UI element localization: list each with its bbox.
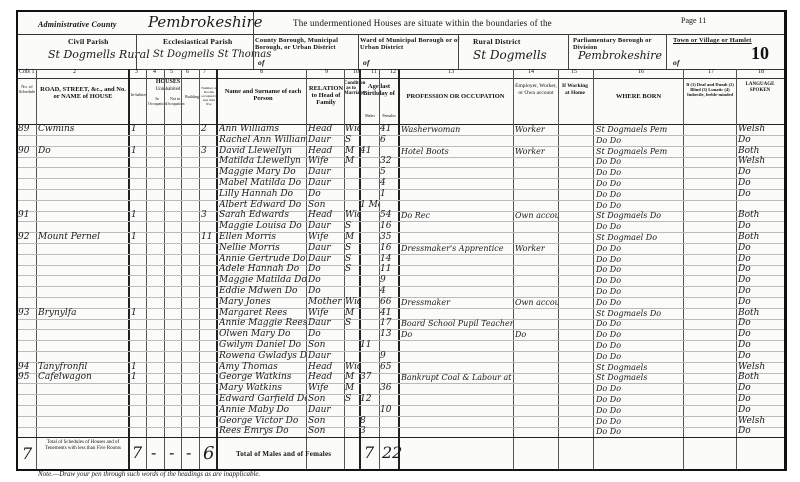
relation-cell: Head [308, 146, 344, 157]
rural-district-label: Rural District [473, 37, 521, 46]
name-cell: Adele Hannah Do [219, 264, 306, 275]
male-age-cell [360, 286, 379, 297]
name-cell: Eddie Mdwen Do [219, 286, 306, 297]
where-born-cell: St Dogmaels Do [596, 308, 683, 319]
rooms-cell [201, 243, 215, 254]
where-born-cell: St Dogmaels Pem [596, 146, 683, 157]
town-of: of [673, 58, 680, 67]
rooms-cell [201, 264, 215, 275]
employer-cell [515, 275, 558, 286]
inhabited-cell [131, 275, 145, 286]
language-cell: Do [738, 221, 782, 232]
occupation-cell [401, 416, 513, 427]
employer-cell [515, 200, 558, 211]
occupation-cell [401, 405, 513, 416]
schedule-cell [18, 383, 36, 394]
female-age-cell [380, 340, 398, 351]
name-cell: Margaret Rees [219, 308, 306, 319]
employer-cell [515, 308, 558, 319]
males-header: Males [361, 112, 379, 119]
relation-cell: Daur [308, 405, 344, 416]
page-label: Page 11 [681, 16, 706, 25]
relation-cell: Wife [308, 308, 344, 319]
name-cell: George Watkins [219, 372, 306, 383]
rooms-cell [201, 189, 215, 200]
name-cell: Annie Maggie Rees [219, 318, 306, 329]
total-schedules-label: Total of Schedules of Houses and of Tene… [40, 440, 126, 452]
name-cell: Mary Jones [219, 297, 306, 308]
relation-cell: Son [308, 416, 344, 427]
name-cell: Rees Emrys Do [219, 426, 306, 437]
census-sheet: Administrative County Pembrokeshire The … [16, 10, 787, 471]
language-cell: Do [738, 394, 782, 405]
male-age-cell [360, 264, 379, 275]
relation-cell: Head [308, 372, 344, 383]
employer-cell [515, 372, 558, 383]
where-born-cell: Do Do [596, 189, 683, 200]
male-age-cell [360, 308, 379, 319]
female-age-cell: 14 [380, 254, 398, 265]
road-cell [38, 426, 128, 437]
condition-cell: S [345, 221, 359, 232]
female-age-cell: 6 [380, 135, 398, 146]
condition-header: Condition as to Marriage [344, 81, 358, 96]
inhabited-cell: 1 [131, 372, 145, 383]
col-num: 8 [260, 69, 263, 75]
rooms-cell [201, 308, 215, 319]
condition-cell: S [345, 135, 359, 146]
schedule-cell: 90 [18, 146, 36, 157]
relation-cell: Son [308, 200, 344, 211]
road-cell [38, 135, 128, 146]
occupation-cell [401, 351, 513, 362]
col-num: 3 [135, 69, 138, 75]
where-born-cell: Do Do [596, 318, 683, 329]
where-born-cell: Do Do [596, 405, 683, 416]
ward-of: of [363, 58, 370, 67]
rooms-cell [201, 340, 215, 351]
female-age-cell: 32 [380, 156, 398, 167]
language-header: LANGUAGE SPOKEN [738, 82, 782, 94]
total-males: 7 [364, 443, 374, 462]
where-born-cell: Do Do [596, 254, 683, 265]
occupation-cell: Dressmaker's Apprentice [401, 243, 513, 254]
rooms-cell [201, 135, 215, 146]
road-cell [38, 340, 128, 351]
employer-cell [515, 416, 558, 427]
schedule-cell [18, 264, 36, 275]
rooms-cell [201, 297, 215, 308]
female-age-cell: 36 [380, 383, 398, 394]
occupation-cell [401, 156, 513, 167]
occupation-cell: Do Rec [401, 210, 513, 221]
language-cell: Do [738, 426, 782, 437]
occupation-cell [401, 308, 513, 319]
inhabited-cell [131, 394, 145, 405]
rooms-cell [201, 394, 215, 405]
total-rooms: 6 [203, 443, 214, 464]
rooms-cell [201, 372, 215, 383]
employer-cell [515, 264, 558, 275]
page-number: 10 [751, 43, 769, 64]
condition-cell: S [345, 254, 359, 265]
employer-cell [515, 405, 558, 416]
employer-cell [515, 383, 558, 394]
where-born-cell: Do Do [596, 275, 683, 286]
language-cell: Welsh [738, 362, 782, 373]
language-cell: Do [738, 351, 782, 362]
relation-cell: Do [308, 275, 344, 286]
name-cell: Edward Garfield Do [219, 394, 306, 405]
occupation-cell [401, 135, 513, 146]
employer-cell: Worker [515, 243, 558, 254]
female-age-cell [380, 394, 398, 405]
rooms-cell: 11 [201, 232, 215, 243]
language-cell: Welsh [738, 124, 782, 135]
rooms-cell [201, 405, 215, 416]
divider [358, 34, 359, 69]
rural-district-value: St Dogmells [473, 48, 547, 62]
male-age-cell [360, 189, 379, 200]
employer-cell: Own account [515, 210, 558, 221]
road-cell [38, 167, 128, 178]
relation-cell: Head [308, 362, 344, 373]
female-age-cell: 66 [380, 297, 398, 308]
condition-cell [345, 340, 359, 351]
relation-cell: Daur [308, 351, 344, 362]
col-num: 16 [638, 69, 644, 75]
language-cell: Both [738, 372, 782, 383]
divider [666, 34, 667, 69]
language-cell: Do [738, 243, 782, 254]
condition-cell: S [345, 318, 359, 329]
language-cell: Both [738, 232, 782, 243]
language-cell: Do [738, 340, 782, 351]
rooms-cell [201, 156, 215, 167]
rooms-cell [201, 351, 215, 362]
male-age-cell: 41 [360, 146, 379, 157]
inhabited-cell: 1 [131, 308, 145, 319]
col-num: 7 [203, 69, 206, 75]
condition-cell [345, 178, 359, 189]
road-cell [38, 275, 128, 286]
condition-cell: S [345, 264, 359, 275]
male-age-cell [360, 405, 379, 416]
rooms-cell [201, 286, 215, 297]
female-age-cell: 11 [380, 264, 398, 275]
female-age-cell: 41 [380, 124, 398, 135]
name-cell: Maggie Mary Do [219, 167, 306, 178]
male-age-cell [360, 383, 379, 394]
occupation-cell: Do [401, 329, 513, 340]
road-cell [38, 383, 128, 394]
condition-cell: M [345, 232, 359, 243]
header-locality-row: Civil Parish St Dogmells Rural Ecclesias… [18, 34, 784, 70]
language-cell: Welsh [738, 156, 782, 167]
inhabited-cell: 1 [131, 210, 145, 221]
occupation-cell: Dressmaker [401, 297, 513, 308]
schedule-cell [18, 243, 36, 254]
language-cell: Do [738, 405, 782, 416]
schedule-cell [18, 351, 36, 362]
employer-header: Employer, Worker, or Own account [515, 83, 557, 97]
column-headers: No. of Schedule ROAD, STREET, &c., and N… [18, 78, 784, 125]
name-cell: Olwen Mary Do [219, 329, 306, 340]
header-top-row: Administrative County Pembrokeshire The … [18, 12, 784, 35]
female-age-cell: 16 [380, 243, 398, 254]
total-females: 22 [382, 443, 402, 462]
name-cell: Matilda Llewellyn [219, 156, 306, 167]
divider [136, 34, 137, 69]
col-num: 2 [73, 69, 76, 75]
language-cell: Do [738, 254, 782, 265]
inhabited-cell: 1 [131, 146, 145, 157]
language-cell: Both [738, 308, 782, 319]
road-cell [38, 318, 128, 329]
where-born-cell: Do Do [596, 221, 683, 232]
male-age-cell [360, 221, 379, 232]
employer-cell [515, 178, 558, 189]
occupation-cell [401, 362, 513, 373]
occupation-cell: Board School Pupil Teacher [401, 318, 513, 329]
employer-cell: Do [515, 329, 558, 340]
where-born-cell: Do Do [596, 297, 683, 308]
col-num: 4 [153, 69, 156, 75]
col-num: 17 [708, 69, 714, 75]
name-cell: Lilly Hannah Do [219, 189, 306, 200]
occupation-cell [401, 383, 513, 394]
condition-cell [345, 275, 359, 286]
male-age-cell [360, 124, 379, 135]
where-born-cell: Do Do [596, 416, 683, 427]
condition-cell [345, 416, 359, 427]
where-born-cell: St Dogmael Do [596, 232, 683, 243]
schedule-cell [18, 297, 36, 308]
relation-cell: Daur [308, 243, 344, 254]
rooms-cell [201, 383, 215, 394]
occupation-cell [401, 232, 513, 243]
occupation-cell [401, 394, 513, 405]
male-age-cell: 1 Month [360, 200, 379, 211]
male-age-cell [360, 135, 379, 146]
relation-cell: Wife [308, 232, 344, 243]
schedule-cell [18, 394, 36, 405]
condition-cell [345, 167, 359, 178]
relation-cell: Daur [308, 178, 344, 189]
schedule-cell [18, 221, 36, 232]
col-num: 18 [758, 69, 764, 75]
female-age-cell: 1 [380, 189, 398, 200]
parliamentary-value: Pembrokeshire [578, 49, 662, 62]
female-age-cell [380, 146, 398, 157]
divider [253, 12, 254, 34]
inhabited-cell [131, 416, 145, 427]
female-age-cell: 16 [380, 221, 398, 232]
col-num: 6 [186, 69, 189, 75]
inhabited-cell [131, 383, 145, 394]
road-cell [38, 156, 128, 167]
occupation-cell [401, 189, 513, 200]
where-born-cell: Do Do [596, 329, 683, 340]
male-age-cell [360, 275, 379, 286]
road-cell [38, 200, 128, 211]
inhabited-cell [131, 156, 145, 167]
schedule-cell [18, 275, 36, 286]
language-cell: Do [738, 167, 782, 178]
occupation-cell [401, 340, 513, 351]
inhabited-cell [131, 426, 145, 437]
female-age-cell: 5 [380, 167, 398, 178]
where-born-cell: Do Do [596, 264, 683, 275]
female-age-cell [380, 416, 398, 427]
where-born-cell: St Dogmaels Do [596, 210, 683, 221]
total-building: - [186, 443, 191, 462]
working-home-header: If Working at Home [560, 83, 590, 97]
divider [253, 34, 254, 69]
relation-cell: Daur [308, 167, 344, 178]
name-cell: Nellie Morris [219, 243, 306, 254]
male-age-cell: 8 [360, 416, 379, 427]
footnote: Note.—Draw your pen through such words o… [38, 470, 260, 478]
employer-cell [515, 167, 558, 178]
female-age-cell: 54 [380, 210, 398, 221]
occupation-cell [401, 264, 513, 275]
rooms-cell [201, 362, 215, 373]
schedule-cell [18, 405, 36, 416]
road-cell [38, 394, 128, 405]
schedule-cell: 91 [18, 210, 36, 221]
relation-cell: Son [308, 426, 344, 437]
male-age-cell [360, 351, 379, 362]
civil-parish-value: St Dogmells Rural [48, 48, 150, 61]
relation-cell: Do [308, 264, 344, 275]
female-age-cell: 9 [380, 275, 398, 286]
rooms-cell [201, 416, 215, 427]
language-cell: Do [738, 297, 782, 308]
road-cell [38, 405, 128, 416]
condition-cell [345, 405, 359, 416]
where-born-cell: St Dogmaels [596, 362, 683, 373]
schedule-cell [18, 416, 36, 427]
road-cell: Cwmins [38, 124, 128, 135]
occupation-cell: Hotel Boots [401, 146, 513, 157]
name-cell: Annie Gertrude Do [219, 254, 306, 265]
male-age-cell [360, 167, 379, 178]
rooms-cell [201, 254, 215, 265]
employer-cell [515, 156, 558, 167]
female-age-cell [380, 200, 398, 211]
language-cell [738, 200, 782, 211]
name-cell: George Victor Do [219, 416, 306, 427]
employer-cell: Worker [515, 124, 558, 135]
inhabited-cell [131, 200, 145, 211]
employer-cell: Worker [515, 146, 558, 157]
where-born-header: WHERE BORN [596, 93, 681, 100]
language-cell: Do [738, 264, 782, 275]
employer-cell [515, 286, 558, 297]
road-header: ROAD, STREET, &c., and No. or NAME of HO… [38, 86, 128, 100]
language-cell: Welsh [738, 416, 782, 427]
condition-cell [345, 351, 359, 362]
name-cell: Sarah Edwards [219, 210, 306, 221]
occupation-cell [401, 254, 513, 265]
name-cell: David Llewellyn [219, 146, 306, 157]
road-cell [38, 243, 128, 254]
employer-cell [515, 318, 558, 329]
relation-cell: Daur [308, 254, 344, 265]
female-age-cell: 65 [380, 362, 398, 373]
employer-cell [515, 340, 558, 351]
relation-cell: Wife [308, 383, 344, 394]
where-born-cell: Do Do [596, 351, 683, 362]
employer-cell [515, 254, 558, 265]
rooms-cell: 2 [201, 124, 215, 135]
condition-cell [345, 286, 359, 297]
inhabited-cell [131, 178, 145, 189]
relation-cell: Wife [308, 156, 344, 167]
where-born-cell: St Dogmaels Pem [596, 124, 683, 135]
condition-cell: S [345, 394, 359, 405]
road-cell [38, 221, 128, 232]
language-cell: Do [738, 178, 782, 189]
condition-cell [345, 426, 359, 437]
inhabited-cell [131, 167, 145, 178]
schedule-cell: 92 [18, 232, 36, 243]
total-persons-label: Total of Males and of Females [236, 450, 331, 458]
road-cell [38, 210, 128, 221]
male-age-cell [360, 210, 379, 221]
ward-label: Ward of Municipal Borough or of Urban Di… [360, 37, 460, 51]
language-cell: Both [738, 146, 782, 157]
male-age-cell: 11 [360, 340, 379, 351]
male-age-cell: 3 [360, 426, 379, 437]
occupation-cell [401, 167, 513, 178]
col-num: 9 [325, 69, 328, 75]
language-cell: Do [738, 329, 782, 340]
divider [458, 34, 459, 69]
condition-cell: M [345, 146, 359, 157]
road-cell [38, 254, 128, 265]
schedule-header: No. of Schedule [18, 84, 36, 94]
col-num: 14 [528, 69, 534, 75]
civil-parish-label: Civil Parish [68, 37, 109, 46]
road-cell: Tanyfronfil [38, 362, 128, 373]
schedule-cell [18, 426, 36, 437]
language-cell: Do [738, 318, 782, 329]
schedule-cell [18, 167, 36, 178]
condition-cell: M [345, 308, 359, 319]
where-born-cell: Do Do [596, 167, 683, 178]
schedule-cell [18, 254, 36, 265]
schedule-cell [18, 178, 36, 189]
employer-cell [515, 362, 558, 373]
condition-cell [345, 200, 359, 211]
col-num: 15 [571, 69, 577, 75]
females-header: Females [380, 112, 398, 119]
male-age-cell [360, 362, 379, 373]
relation-cell: Daur [308, 135, 344, 146]
road-cell [38, 297, 128, 308]
male-age-cell [360, 318, 379, 329]
condition-cell [345, 329, 359, 340]
relation-cell: Daur [308, 318, 344, 329]
schedule-cell: 94 [18, 362, 36, 373]
road-cell [38, 286, 128, 297]
schedule-cell [18, 135, 36, 146]
rooms-cell [201, 167, 215, 178]
language-cell: Do [738, 275, 782, 286]
employer-cell [515, 189, 558, 200]
